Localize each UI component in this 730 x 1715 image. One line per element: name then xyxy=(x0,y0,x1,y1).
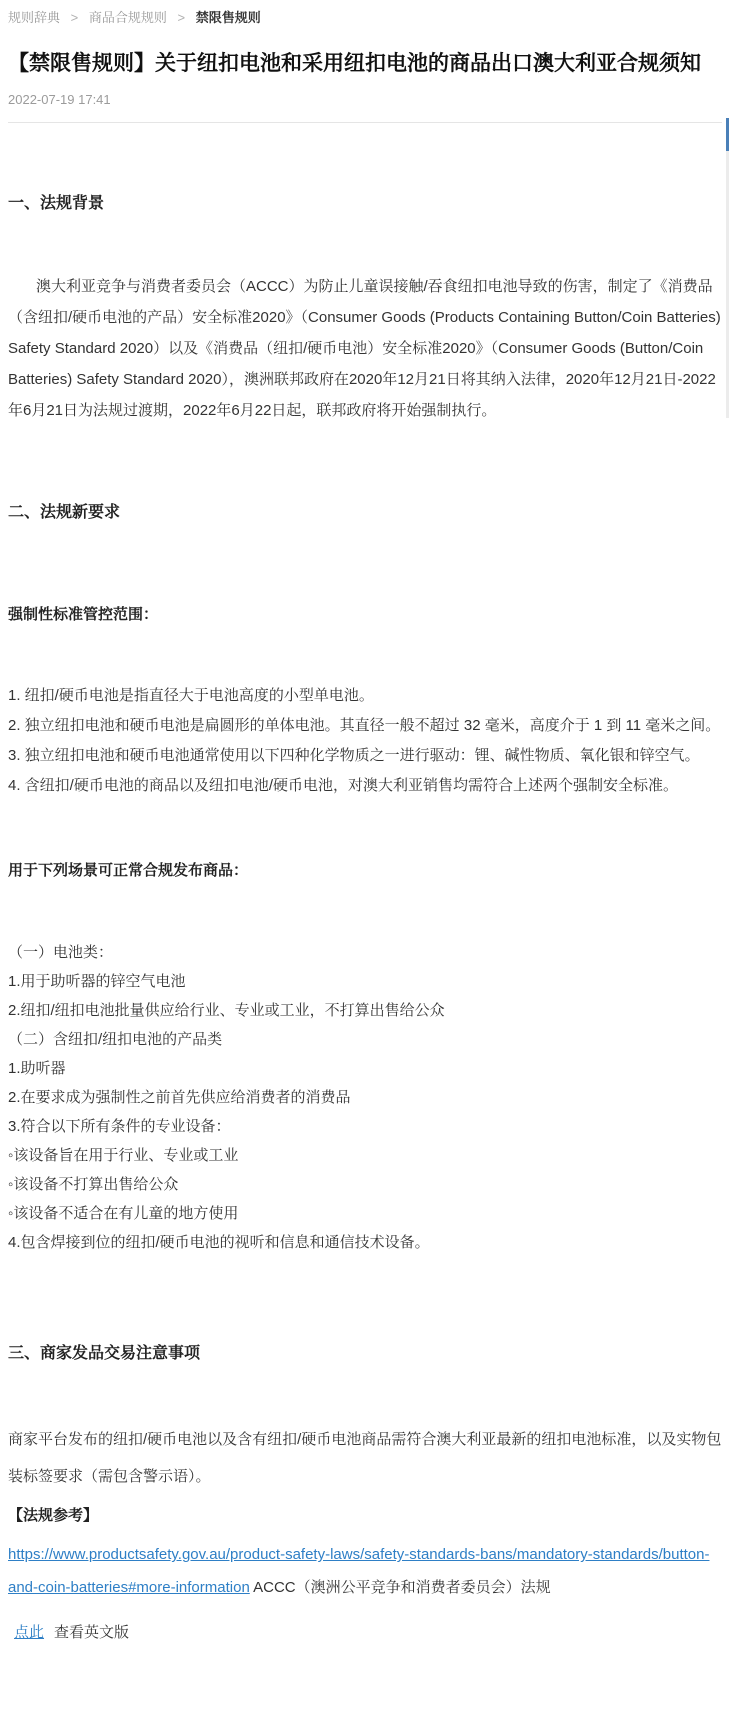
publish-date: 2022-07-19 17:41 xyxy=(8,92,722,108)
breadcrumb-item-product-compliance-rules[interactable]: 商品合规规则 xyxy=(89,10,167,25)
list-item: （一）电池类： xyxy=(8,938,722,967)
subheading-regulation-reference: 【法规参考】 xyxy=(8,1506,722,1525)
list-item: 3.符合以下所有条件的专业设备： xyxy=(8,1112,722,1141)
list-item: 1.用于助听器的锌空气电池 xyxy=(8,967,722,996)
reference-suffix-text: ACCC（澳洲公平竞争和消费者委员会）法规 xyxy=(250,1579,551,1596)
article-content: 一、法规背景 澳大利亚竞争与消费者委员会（ACCC）为防止儿童误接触/吞食纽扣电… xyxy=(8,194,722,1643)
subheading-mandatory-standard-scope: 强制性标准管控范围： xyxy=(8,605,722,624)
page-title: 【禁限售规则】关于纽扣电池和采用纽扣电池的商品出口澳大利亚合规须知 xyxy=(8,50,722,78)
list-item: 1. 纽扣/硬币电池是指直径大于电池高度的小型单电池。 xyxy=(8,681,722,711)
section-heading-seller-notes: 三、商家发品交易注意事项 xyxy=(8,1344,722,1364)
list-item: 2.在要求成为强制性之前首先供应给消费者的消费品 xyxy=(8,1083,722,1112)
rule-article-page: 规则辞典 > 商品合规规则 > 禁限售规则 【禁限售规则】关于纽扣电池和采用纽扣… xyxy=(0,0,730,1643)
section-heading-new-requirements: 二、法规新要求 xyxy=(8,503,722,523)
list-item: 4.包含焊接到位的纽扣/硬币电池的视听和信息和通信技术设备。 xyxy=(8,1228,722,1257)
breadcrumb-separator: > xyxy=(178,10,186,25)
list-item: 1.助听器 xyxy=(8,1054,722,1083)
legal-background-paragraph: 澳大利亚竞争与消费者委员会（ACCC）为防止儿童误接触/吞食纽扣电池导致的伤害，… xyxy=(8,271,722,426)
divider xyxy=(8,122,722,123)
list-item: 4. 含纽扣/硬币电池的商品以及纽扣电池/硬币电池，对澳大利亚销售均需符合上述两… xyxy=(8,771,722,801)
seller-notes-paragraph: 商家平台发布的纽扣/硬币电池以及含有纽扣/硬币电池商品需符合澳大利亚最新的纽扣电… xyxy=(8,1421,722,1495)
breadcrumb-item-prohibited-restricted-rules: 禁限售规则 xyxy=(196,10,261,25)
breadcrumb-separator: > xyxy=(71,10,79,25)
list-item: 3. 独立纽扣电池和硬币电池通常使用以下四种化学物质之一进行驱动：锂、碱性物质、… xyxy=(8,741,722,771)
list-item: （二）含纽扣/纽扣电池的产品类 xyxy=(8,1025,722,1054)
list-item: ◦该设备不适合在有儿童的地方使用 xyxy=(8,1199,722,1228)
subheading-compliant-scenarios: 用于下列场景可正常合规发布商品： xyxy=(8,861,722,880)
list-item: ◦该设备旨在用于行业、专业或工业 xyxy=(8,1141,722,1170)
scrollbar-track[interactable] xyxy=(726,118,729,418)
list-item: ◦该设备不打算出售给公众 xyxy=(8,1170,722,1199)
click-here-link[interactable]: 点此 xyxy=(14,1624,44,1641)
section-heading-legal-background: 一、法规背景 xyxy=(8,194,722,214)
list-item: 2. 独立纽扣电池和硬币电池是扁圆形的单体电池。其直径一般不超过 32 毫米，高… xyxy=(8,711,722,741)
scene-list: （一）电池类： 1.用于助听器的锌空气电池 2.纽扣/纽扣电池批量供应给行业、专… xyxy=(8,938,722,1257)
breadcrumb: 规则辞典 > 商品合规规则 > 禁限售规则 xyxy=(8,0,722,27)
see-english-label: 查看英文版 xyxy=(54,1624,129,1641)
reference-paragraph: https://www.productsafety.gov.au/product… xyxy=(8,1538,722,1604)
breadcrumb-item-rules-dictionary[interactable]: 规则辞典 xyxy=(8,10,60,25)
english-version-row: 点此查看英文版 xyxy=(8,1623,722,1643)
scrollbar-thumb[interactable] xyxy=(726,118,729,151)
scope-list: 1. 纽扣/硬币电池是指直径大于电池高度的小型单电池。 2. 独立纽扣电池和硬币… xyxy=(8,681,722,801)
list-item: 2.纽扣/纽扣电池批量供应给行业、专业或工业，不打算出售给公众 xyxy=(8,996,722,1025)
